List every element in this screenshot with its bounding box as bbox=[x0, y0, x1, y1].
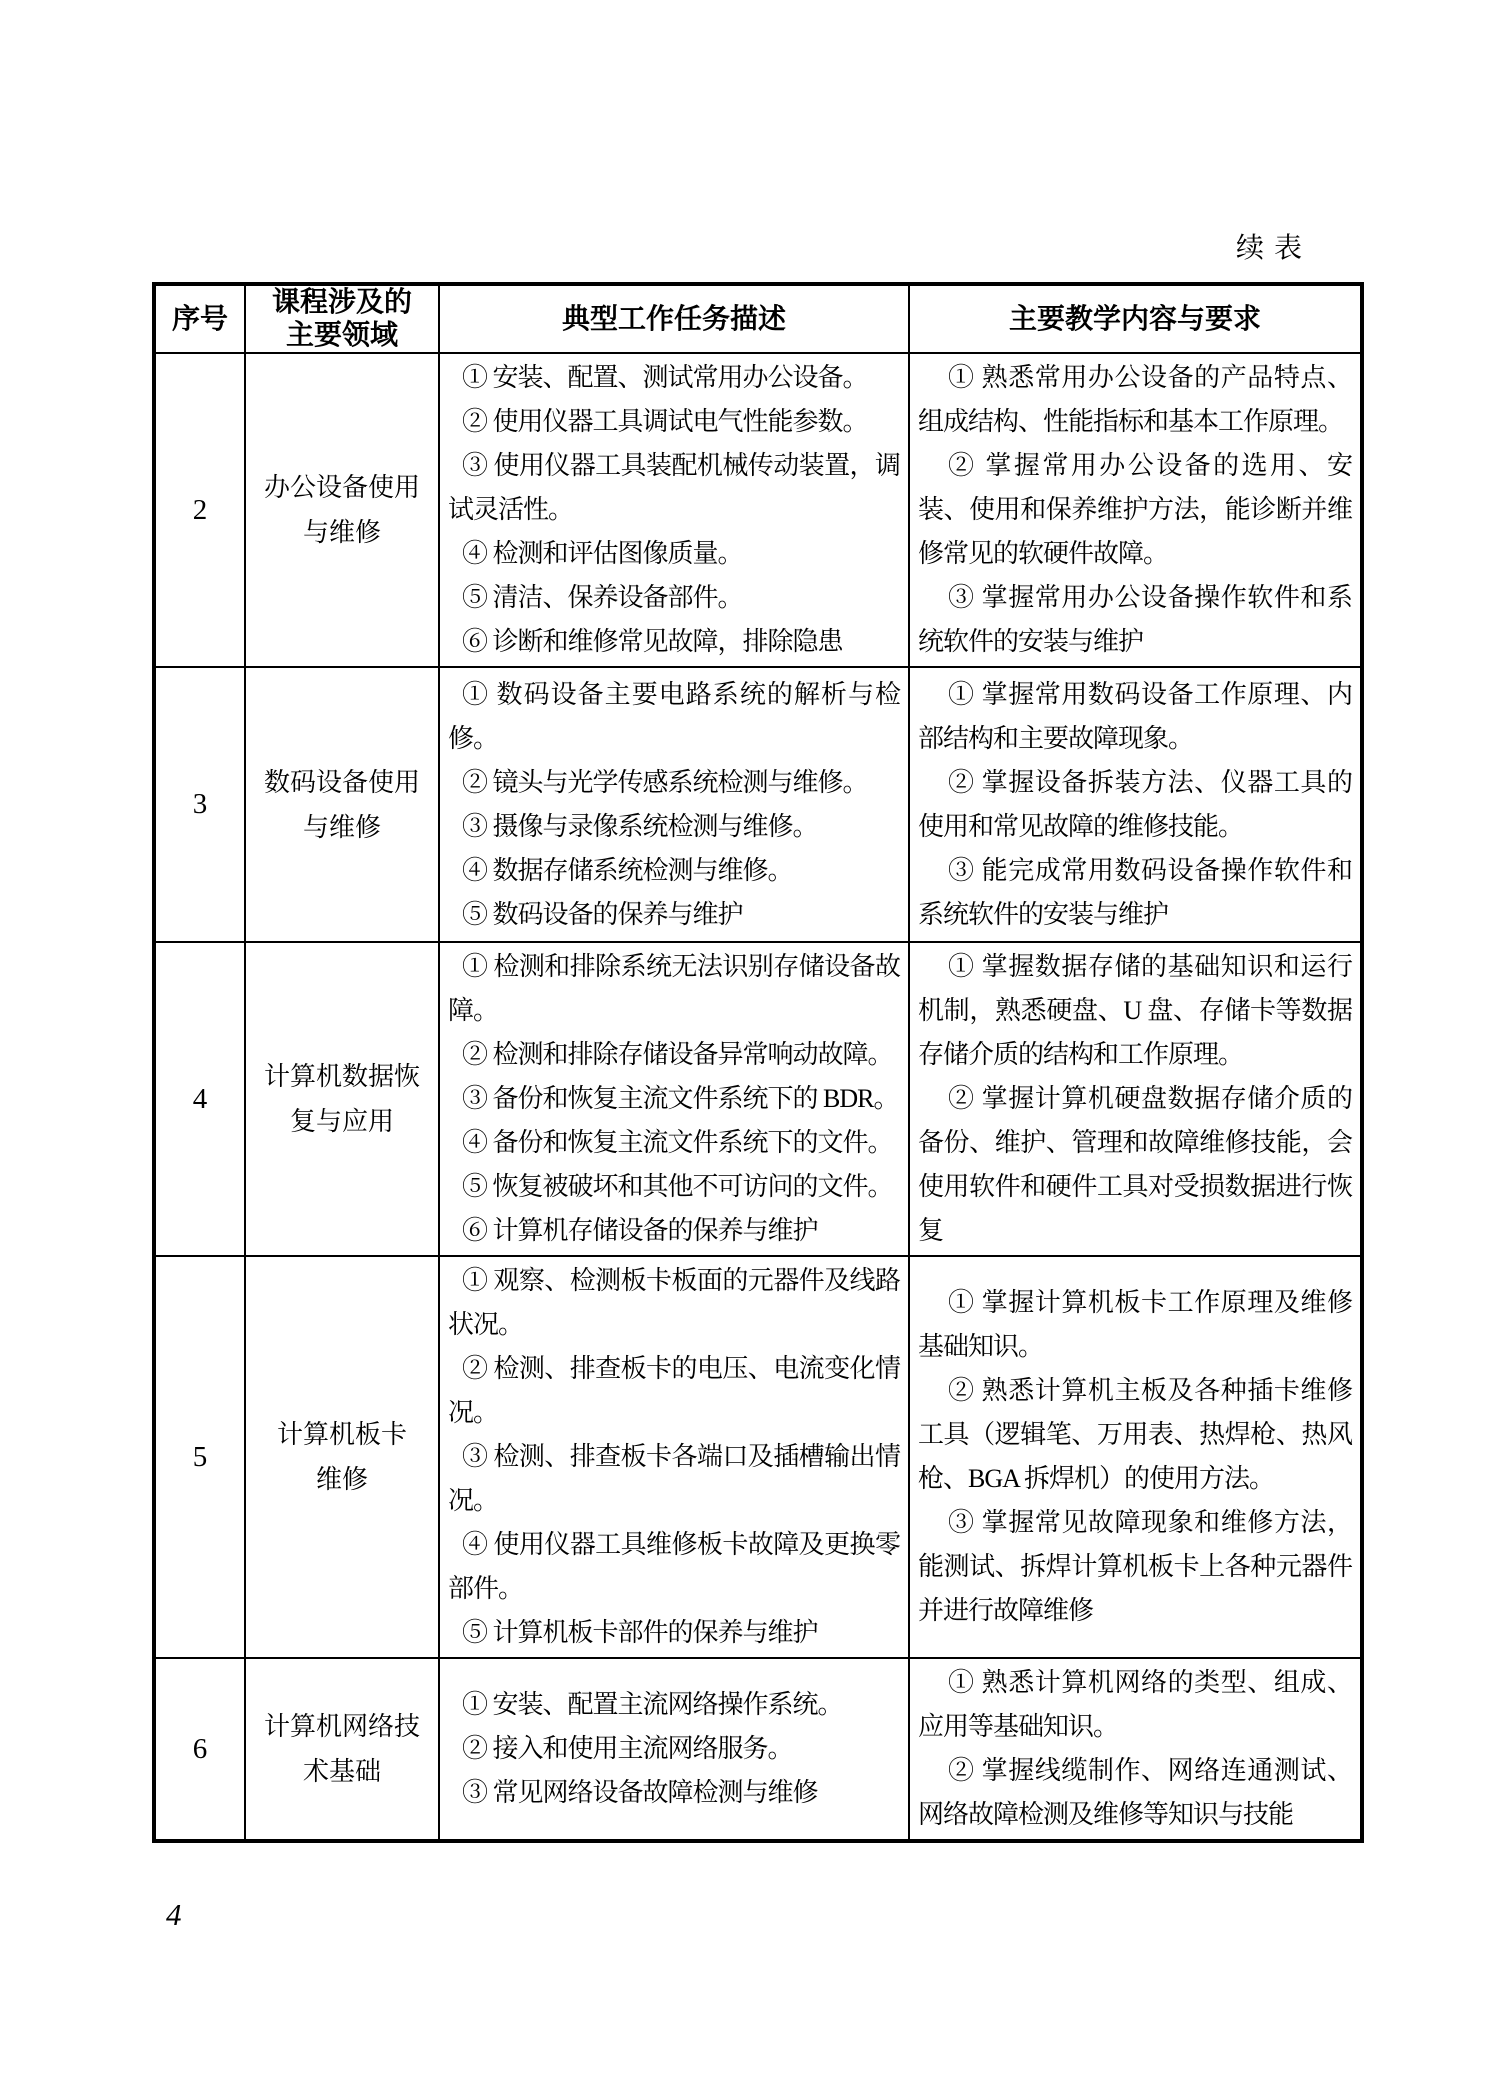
contents-cell: ① 熟悉计算机网络的类型、组成、应用等基础知识。 ② 掌握线缆制作、网络连通测试… bbox=[909, 1658, 1362, 1841]
tasks-cell: ① 观察、检测板卡板面的元器件及线路状况。 ② 检测、排查板卡的电压、电流变化情… bbox=[439, 1256, 909, 1658]
contents-cell: ① 掌握数据存储的基础知识和运行机制，熟悉硬盘、U 盘、存储卡等数据存储介质的结… bbox=[909, 942, 1362, 1256]
tasks-cell: ① 安装、配置主流网络操作系统。 ② 接入和使用主流网络服务。 ③ 常见网络设备… bbox=[439, 1658, 909, 1841]
task-item: ① 检测和排除系统无法识别存储设备故障。 bbox=[448, 945, 900, 1033]
task-item: ② 接入和使用主流网络服务。 bbox=[448, 1727, 900, 1771]
task-item: ⑤ 计算机板卡部件的保养与维护 bbox=[448, 1611, 900, 1655]
task-item: ④ 数据存储系统检测与维修。 bbox=[448, 849, 900, 893]
task-item: ② 使用仪器工具调试电气性能参数。 bbox=[448, 400, 900, 444]
course-area-cell: 计算机数据恢 复与应用 bbox=[245, 942, 439, 1256]
content-item: ③ 掌握常用办公设备操作软件和系统软件的安装与维护 bbox=[918, 576, 1352, 664]
content-item: ① 熟悉常用办公设备的产品特点、组成结构、性能指标和基本工作原理。 bbox=[918, 356, 1352, 444]
table-row: 3 数码设备使用 与维修 ① 数码设备主要电路系统的解析与检修。 ② 镜头与光学… bbox=[154, 667, 1362, 942]
table-row: 4 计算机数据恢 复与应用 ① 检测和排除系统无法识别存储设备故障。 ② 检测和… bbox=[154, 942, 1362, 1256]
course-area-cell: 办公设备使用 与维修 bbox=[245, 353, 439, 667]
content-item: ① 熟悉计算机网络的类型、组成、应用等基础知识。 bbox=[918, 1661, 1352, 1749]
row-number-cell: 5 bbox=[154, 1256, 245, 1658]
content-item: ① 掌握数据存储的基础知识和运行机制，熟悉硬盘、U 盘、存储卡等数据存储介质的结… bbox=[918, 945, 1352, 1077]
course-area-cell: 计算机板卡 维修 bbox=[245, 1256, 439, 1658]
task-item: ④ 备份和恢复主流文件系统下的文件。 bbox=[448, 1121, 900, 1165]
course-table: 序号 课程涉及的 主要领域 典型工作任务描述 主要教学内容与要求 2 办公设备使… bbox=[152, 282, 1364, 1843]
task-item: ④ 使用仪器工具维修板卡故障及更换零部件。 bbox=[448, 1523, 900, 1611]
tasks-cell: ① 数码设备主要电路系统的解析与检修。 ② 镜头与光学传感系统检测与维修。 ③ … bbox=[439, 667, 909, 942]
task-item: ① 观察、检测板卡板面的元器件及线路状况。 bbox=[448, 1259, 900, 1347]
document-page: 续表 序号 课程涉及的 主要领域 典型工作任务描述 主要教学内容与要求 2 办公… bbox=[0, 0, 1503, 2094]
row-number-cell: 2 bbox=[154, 353, 245, 667]
row-number-cell: 3 bbox=[154, 667, 245, 942]
task-item: ① 安装、配置、测试常用办公设备。 bbox=[448, 356, 900, 400]
task-item: ③ 常见网络设备故障检测与维修 bbox=[448, 1771, 900, 1815]
task-item: ⑤ 数码设备的保养与维护 bbox=[448, 893, 900, 937]
table-row: 6 计算机网络技 术基础 ① 安装、配置主流网络操作系统。 ② 接入和使用主流网… bbox=[154, 1658, 1362, 1841]
task-item: ⑥ 计算机存储设备的保养与维护 bbox=[448, 1209, 900, 1253]
table-row: 2 办公设备使用 与维修 ① 安装、配置、测试常用办公设备。 ② 使用仪器工具调… bbox=[154, 353, 1362, 667]
header-tasks: 典型工作任务描述 bbox=[439, 284, 909, 353]
content-item: ② 掌握线缆制作、网络连通测试、网络故障检测及维修等知识与技能 bbox=[918, 1749, 1352, 1837]
tasks-cell: ① 检测和排除系统无法识别存储设备故障。 ② 检测和排除存储设备异常响动故障。 … bbox=[439, 942, 909, 1256]
task-item: ② 检测和排除存储设备异常响动故障。 bbox=[448, 1033, 900, 1077]
content-item: ② 掌握常用办公设备的选用、安装、使用和保养维护方法，能诊断并维修常见的软硬件故… bbox=[918, 444, 1352, 576]
task-item: ① 安装、配置主流网络操作系统。 bbox=[448, 1683, 900, 1727]
task-item: ⑥ 诊断和维修常见故障，排除隐患 bbox=[448, 620, 900, 664]
page-number: 4 bbox=[166, 1897, 182, 1933]
row-number-cell: 6 bbox=[154, 1658, 245, 1841]
contents-cell: ① 掌握计算机板卡工作原理及维修基础知识。 ② 熟悉计算机主板及各种插卡维修工具… bbox=[909, 1256, 1362, 1658]
task-item: ③ 备份和恢复主流文件系统下的 BDR。 bbox=[448, 1077, 900, 1121]
content-item: ② 熟悉计算机主板及各种插卡维修工具（逻辑笔、万用表、热焊枪、热风枪、BGA 拆… bbox=[918, 1369, 1352, 1501]
header-no: 序号 bbox=[154, 284, 245, 353]
task-item: ③ 使用仪器工具装配机械传动装置，调试灵活性。 bbox=[448, 444, 900, 532]
task-item: ⑤ 清洁、保养设备部件。 bbox=[448, 576, 900, 620]
header-area: 课程涉及的 主要领域 bbox=[245, 284, 439, 353]
continued-table-label: 续表 bbox=[1236, 226, 1312, 266]
tasks-cell: ① 安装、配置、测试常用办公设备。 ② 使用仪器工具调试电气性能参数。 ③ 使用… bbox=[439, 353, 909, 667]
contents-cell: ① 掌握常用数码设备工作原理、内部结构和主要故障现象。 ② 掌握设备拆装方法、仪… bbox=[909, 667, 1362, 942]
task-item: ④ 检测和评估图像质量。 bbox=[448, 532, 900, 576]
content-item: ③ 掌握常见故障现象和维修方法，能测试、拆焊计算机板卡上各种元器件并进行故障维修 bbox=[918, 1501, 1352, 1633]
table-header-row: 序号 课程涉及的 主要领域 典型工作任务描述 主要教学内容与要求 bbox=[154, 284, 1362, 353]
task-item: ② 检测、排查板卡的电压、电流变化情况。 bbox=[448, 1347, 900, 1435]
header-contents: 主要教学内容与要求 bbox=[909, 284, 1362, 353]
task-item: ⑤ 恢复被破坏和其他不可访问的文件。 bbox=[448, 1165, 900, 1209]
content-item: ② 掌握计算机硬盘数据存储介质的备份、维护、管理和故障维修技能，会使用软件和硬件… bbox=[918, 1077, 1352, 1253]
task-item: ② 镜头与光学传感系统检测与维修。 bbox=[448, 761, 900, 805]
task-item: ③ 摄像与录像系统检测与维修。 bbox=[448, 805, 900, 849]
content-item: ① 掌握常用数码设备工作原理、内部结构和主要故障现象。 bbox=[918, 673, 1352, 761]
content-item: ③ 能完成常用数码设备操作软件和系统软件的安装与维护 bbox=[918, 849, 1352, 937]
content-item: ② 掌握设备拆装方法、仪器工具的使用和常见故障的维修技能。 bbox=[918, 761, 1352, 849]
row-number-cell: 4 bbox=[154, 942, 245, 1256]
task-item: ③ 检测、排查板卡各端口及插槽输出情况。 bbox=[448, 1435, 900, 1523]
task-item: ① 数码设备主要电路系统的解析与检修。 bbox=[448, 673, 900, 761]
contents-cell: ① 熟悉常用办公设备的产品特点、组成结构、性能指标和基本工作原理。 ② 掌握常用… bbox=[909, 353, 1362, 667]
course-area-cell: 数码设备使用 与维修 bbox=[245, 667, 439, 942]
course-area-cell: 计算机网络技 术基础 bbox=[245, 1658, 439, 1841]
table-row: 5 计算机板卡 维修 ① 观察、检测板卡板面的元器件及线路状况。 ② 检测、排查… bbox=[154, 1256, 1362, 1658]
content-item: ① 掌握计算机板卡工作原理及维修基础知识。 bbox=[918, 1281, 1352, 1369]
